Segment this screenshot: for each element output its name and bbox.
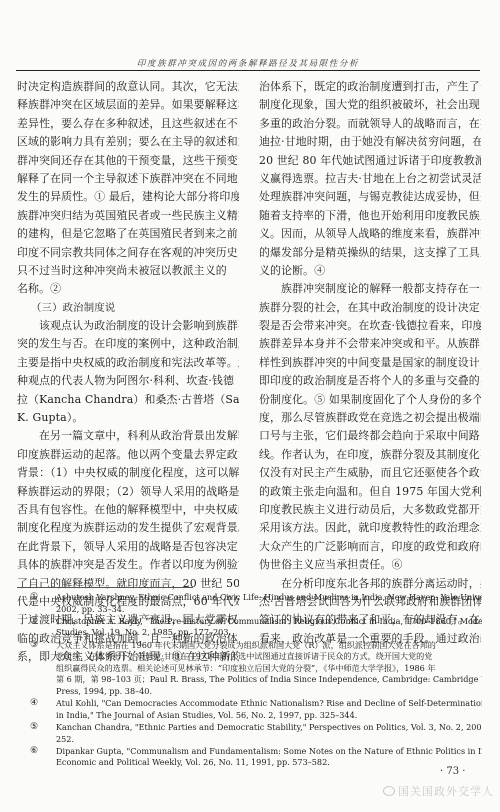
footnote-line: 第 6 期，第 98–103 页；Paul R. Brass, The Poli… <box>56 674 482 686</box>
document-page: 印度族群冲突成因的两条解释路径及其局限性分析 时决定构造族群间的敌意认同。其次，… <box>0 0 500 812</box>
text-line: 族群差异本身并不会带来冲突或和平。从族群多 <box>259 335 481 353</box>
right-column: 治体系下，既定的政治制度遭到打击，产生了去 制度化现象，国大党的组织被破坏，社会… <box>259 78 481 648</box>
footnote-line: 2002, pp. 33–34. <box>56 604 482 616</box>
left-column: 时决定构造族群间的敌意认同。其次，它无法解 释族群冲突在区域层面的差异。如果要解… <box>17 78 239 667</box>
text-line: 伪世俗主义应当承担责任。⑥ <box>259 556 481 574</box>
footnote-marker: ④ <box>30 698 38 710</box>
footnote-line: in India," The Journal of Asian Studies,… <box>56 710 482 722</box>
text-line: 制度化程度为族群运动的发生提供了宏观背景。 <box>17 519 239 537</box>
text-line: 大众产生的广泛影响而言，印度的政党和政府的 <box>259 538 481 556</box>
footnote-line: 252. <box>56 734 482 746</box>
footnote-line: Christopher A. Bayly, "The Pre-history o… <box>56 616 482 628</box>
text-line: 族群冲突归结为英国殖民者或一些民族主义精英 <box>17 207 239 225</box>
text-line: 多重的政治分裂。而就领导人的战略而言，在英 <box>259 115 481 133</box>
text-line: 发生的异质性。① 最后，建构论大部分将印度的 <box>17 188 239 206</box>
footnotes: ① Ashutosh Varshney, Ethnic Conflict and… <box>30 592 482 769</box>
footnote-line: Economic and Political Weekly, Vol. 26, … <box>56 757 482 769</box>
text-line: 解释了在同一个主导叙述下族群冲突在不同地区 <box>17 170 239 188</box>
text-line: 拉（Kancha Chandra）和桑杰·古普塔（Sanjay <box>17 391 239 409</box>
footnote-5: ⑤ Kanchan Chandra, "Ethnic Parties and D… <box>30 722 482 745</box>
text-line: 名称。② <box>17 280 239 298</box>
text-line: 主要是指中央权威的政治制度和宪法改革等。这 <box>17 354 239 372</box>
text-line: 处理族群冲突问题，与锡克教徒达成妥协，但是 <box>259 188 481 206</box>
watermark-text: 国关国政外交学人 <box>398 785 494 798</box>
text-line: 即印度的政治制度是否将个人的多重与交叠的身 <box>259 372 481 390</box>
footnote-line: 党组织，在此情形下，英迪拉·甘地在 1971 年的大选中试图通过直接诉诸于民众的… <box>56 651 482 663</box>
paragraph-first-line: 在分析印度东北各邦的族群分离运动时，桑 <box>259 575 481 593</box>
footnote-line: Atul Kohli, "Can Democracies Accommodate… <box>56 698 482 710</box>
section-heading: （三）政治制度说 <box>17 299 239 317</box>
text-line: 治体系下，既定的政治制度遭到打击，产生了去 <box>259 78 481 96</box>
paragraph-first-line: 该观点认为政治制度的设计会影响到族群冲 <box>17 317 239 335</box>
wechat-logo-icon <box>383 786 395 796</box>
page-number: · 73 · <box>440 766 465 777</box>
text-line: 义。因而，从领导人战略的维度来看，族群冲突 <box>259 225 481 243</box>
text-line: 义的论断。④ <box>259 262 481 280</box>
footnote-line: Ashutosh Varshney, Ethnic Conflict and C… <box>56 592 482 604</box>
running-head-title: 印度族群冲突成因的两条解释路径及其局限性分析 <box>16 57 480 69</box>
footnote-line: Studies, Vol. 19, No. 2, 1985, pp. 177–2… <box>56 627 482 639</box>
paragraph-first-line: 族群冲突制度论的解释一般都支持存在一个 <box>259 280 481 298</box>
text-line: 了自己的解释模型。就印度而言，20 世纪 50 年 <box>17 575 239 593</box>
text-line: 仅没有对民主产生威胁，而且它还驱使各个政党 <box>259 464 481 482</box>
text-line: 印度不同宗教共同体之间存在客观的冲突历史， <box>17 244 239 262</box>
footnote-2: ② Christopher A. Bayly, "The Pre-history… <box>30 616 482 639</box>
text-line: 采用该方法。因此，就印度教特性的政治理念对 <box>259 519 481 537</box>
footnote-marker: ① <box>30 592 38 604</box>
footnote-4: ④ Atul Kohli, "Can Democracies Accommoda… <box>30 698 482 721</box>
watermark: 国关国政外交学人 <box>383 783 494 799</box>
text-line: 在此背景下，领导人采用的战略是否包容决定了 <box>17 538 239 556</box>
text-line: 区域的影响力具有差别；要么在主导的叙述和族 <box>17 133 239 151</box>
text-line: 背景：（1）中央权威的制度化程度，这可以解 <box>17 464 239 482</box>
footnote-1: ① Ashutosh Varshney, Ethnic Conflict and… <box>30 592 482 615</box>
footnote-line: 组织赢得民众的选票。相关论述可见林承节：“印度独立后国大党的分裂”，《华中师范大… <box>56 663 482 675</box>
paragraph-first-line: 在另一篇文章中，科利从政治背景出发解释 <box>17 427 239 445</box>
text-line: 线。作者认为，在印度，族群分裂及其制度化不 <box>259 446 481 464</box>
text-line: 突的发生与否。在印度的案例中，这种政治制度 <box>17 335 239 353</box>
text-line: 制度化现象，国大党的组织被破坏，社会出现了 <box>259 96 481 114</box>
text-line: 度，那么尽管族群政党在竞选之初会提出极端的 <box>259 409 481 427</box>
text-line: 时决定构造族群间的敌意认同。其次，它无法解 <box>17 78 239 96</box>
text-line: 具体的族群冲突是否发生。作者以印度为例验证 <box>17 556 239 574</box>
text-line: 的政策主张走向温和。但自 1975 年国大党利用 <box>259 483 481 501</box>
text-line: 种观点的代表人物为阿图尔·科利、坎查·钱德 <box>17 372 239 390</box>
text-line: 只不过当时这种冲突尚未被冠以教派主义的 <box>17 262 239 280</box>
footnote-marker: ③ <box>30 640 38 652</box>
footnote-marker: ⑤ <box>30 722 38 734</box>
footnote-line: Dipankar Gupta, "Communalism and Fundame… <box>56 746 482 758</box>
header-rule <box>16 70 480 71</box>
footnote-separator <box>17 587 193 588</box>
text-line: 差异性，要么存在多种叙述，且这些叙述在不同 <box>17 115 239 133</box>
footnote-6: ⑥ Dipankar Gupta, "Communalism and Funda… <box>30 746 482 769</box>
text-line: 样性到族群冲突的中间变量是国家的制度设计， <box>259 354 481 372</box>
footnote-line: Kanchan Chandra, "Ethnic Parties and Dem… <box>56 722 482 734</box>
footnote-3: ③ 大众主义体系是指在 1960 年代末期国大党分裂成为组织派和国大党（R）派，… <box>30 640 482 698</box>
text-line: 印度教民族主义进行动员后，大多数政党都开始 <box>259 501 481 519</box>
text-line: 份制度化。⑤ 如果制度固化了个人身份的多个维 <box>259 391 481 409</box>
text-line: 释族群冲突在区域层面的差异。如果要解释这种 <box>17 96 239 114</box>
text-line: 印度族群运动的起落。他以两个变量去界定政治 <box>17 446 239 464</box>
footnote-marker: ⑥ <box>30 746 38 758</box>
text-line: 群冲突间还存在其他的干预变量，这些干预变量 <box>17 152 239 170</box>
text-line: 释族群运动的界限；（2）领导人采用的战略是 <box>17 483 239 501</box>
text-line: 否具有包容性。在他的解释模型中，中央权威的 <box>17 501 239 519</box>
text-line: 口号与主张，它们最终都会趋向于采取中间路 <box>259 427 481 445</box>
text-line: 裂是否会带来冲突。在坎查·钱德拉看来，印度 <box>259 317 481 335</box>
text-line: 的爆发部分是精英操纵的结果，这支撑了工具主 <box>259 244 481 262</box>
footnote-marker: ② <box>30 616 38 628</box>
text-line: 的建构，但是它忽略了在英国殖民者到来之前， <box>17 225 239 243</box>
text-line: 20 世纪 80 年代她试图通过诉诸于印度教教派主 <box>259 152 481 170</box>
text-line: 族群分裂的社会，在其中政治制度的设计决定分 <box>259 299 481 317</box>
footnote-line: Press, 1994, pp. 38–40. <box>56 686 482 698</box>
text-line: 迪拉·甘地时期，由于她没有解决贫穷问题，在 <box>259 133 481 151</box>
text-line: 义赢得选票。拉吉夫·甘地在上台之初尝试灵活 <box>259 170 481 188</box>
footnote-line: 大众主义体系是指在 1960 年代末期国大党分裂成为组织派和国大党（R）派，组织… <box>56 640 482 652</box>
text-line: 随着支持率的下滑，他也开始利用印度教民族主 <box>259 207 481 225</box>
text-line: K. Gupta）。 <box>17 409 239 427</box>
